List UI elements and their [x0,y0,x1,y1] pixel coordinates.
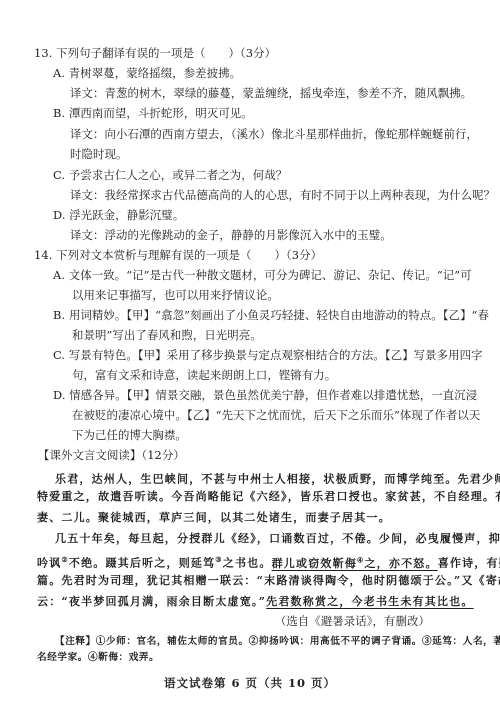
passage-line: 乐君，达州人，生巴峡间，不甚与中州士人相接，状极质野，而博学纯至。先君少师① [55,469,500,487]
q13-option-c: C. 予尝求古仁人之心，或异二者之为，何哉？ [53,168,287,182]
exam-page: 13. 下列句子翻译有误的一项是（ ）（3分） A. 青树翠蔓，蒙络摇缀，参差披… [0,0,500,706]
question-13-stem: 13. 下列句子翻译有误的一项是（ ）（3分） [34,46,276,60]
q14-option-a: A. 文体一致。“记”是古代一种散文题材，可分为碑记、游记、杂记、传记。“记”可 [53,268,472,282]
passage-line: 特爱重之，故遣吾听读。今吾尚略能记《六经》，皆乐君口授也。家贫甚，不自经理。有一 [37,490,500,504]
passage-line: 妻、二儿。聚徒城西，草庐三间，以其二处诸生，而妻子居其一。 [37,511,391,525]
q14-option-c: C. 写景有特色。【甲】采用了移步换景与定点观察相结合的方法。【乙】写景多用四字 [53,348,483,362]
q14-option-a-cont: 以用来记事描写，也可以用来抒情议论。 [72,288,279,302]
q13-option-b: B. 潭西南而望，斗折蛇形，明灭可见。 [53,106,253,120]
q14-option-b-cont: 和景明”写出了春风和煦，日光明亮。 [72,328,262,342]
q13-option-b-translation: 译文：向小石潭的西南方望去，（溪水）像北斗星那样曲折，像蛇那样蜿蜒前行， [70,127,478,141]
page-footer: 语文试卷第 6 页（共 10 页） [0,676,500,690]
source-citation: （选自《避暑录话》，有删改） [275,614,430,628]
q14-option-b: B. 用词精妙。【甲】“翕忽”刻画出了小鱼灵巧轻捷、轻快自由地游动的特点。【乙】… [53,308,489,322]
annotation-line: 名经学家。④靳侮：戏弄。 [37,651,159,665]
question-14-stem: 14. 下列对文本赏析与理解有误的一项是（ ）（3分） [34,248,322,262]
passage-line: 云：“夜半梦回孤月满，雨余目断太虚宽。”先君数称赏之，今老书生未有其比也。 [37,595,474,609]
q13-option-a-translation: 译文：青葱的树木，翠绿的藤蔓，蒙盖缠绕，摇曳牵连，参差不齐，随风飘拂。 [70,86,472,100]
passage-line: 吟讽②不绝。蹑其后听之，则延笃③之书也。群儿或窃效靳侮④之，亦不怒。喜作诗，有数… [37,553,500,571]
q14-option-d-cont2: 下为己任的博大胸襟。 [72,428,187,442]
underlined-sentence: 先君数称赏之，今老书生未有其比也。 [266,595,473,608]
annotation-line: 【注释】①少师：官名，辅佐太师的官员。②抑扬吟讽：用高低不平的调子背诵。③延笃：… [55,635,500,649]
q13-option-d-translation: 译文：浮动的光像跳动的金子，静静的月影像沉入水中的玉璧。 [70,228,392,242]
q13-option-a: A. 青树翠蔓，蒙络摇缀，参差披拂。 [53,66,241,80]
q14-option-c-cont: 句，富有文采和诗意，读起来朗朗上口，铿锵有力。 [72,368,336,382]
q14-option-d: D. 情感各异。【甲】情景交融，景色虽然优美宁静，但作者难以排遣忧愁，一直沉浸 [53,388,477,402]
underlined-sentence: 群儿或窃效靳侮④之，亦不怒。 [272,557,438,570]
q14-option-d-cont: 在被贬的凄凉心境中。【乙】“先天下之忧而忧，后天下之乐而乐”体现了作者以天 [72,408,480,422]
q13-option-c-translation: 译文：我经常探求古代品德高尚的人的心思，有时不同于以上两种表现，为什么呢？ [70,188,495,202]
passage-line: 几五十年矣，每旦起，分授群儿《经》，口诵数百过，不倦。少间，必曳履慢声，抑扬 [55,532,500,546]
q13-option-d: D. 浮光跃金，静影沉璧。 [53,208,184,222]
passage-line: 篇。先君时为司理，犹记其相赠一联云：“末路清谈得陶令，他时阴德颂于公。”又《寄故… [37,574,500,588]
section-title: 【课外文言文阅读】（12分） [38,448,185,462]
q13-option-b-translation-cont: 时隐时现。 [70,147,127,161]
